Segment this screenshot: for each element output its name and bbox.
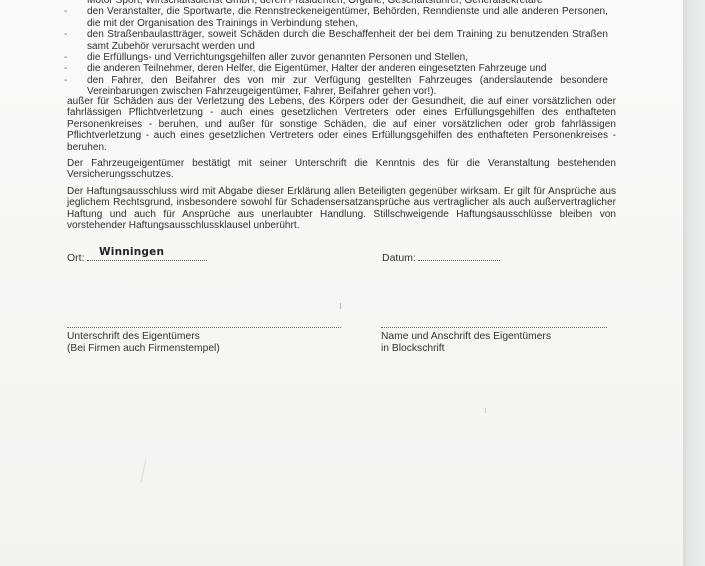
- bullet-text: die Erfüllungs- und Verrichtungsgehilfen…: [87, 52, 468, 63]
- bullet-dash: -: [64, 6, 67, 17]
- ort-value: Winningen: [99, 246, 164, 258]
- liability-bullet-list: Motor Sport, Wirtschaftsdienst GmbH, der…: [63, 0, 608, 98]
- bullet-text: den Veranstalter, die Sportwarte, die Re…: [87, 6, 608, 28]
- bullet-text: die anderen Teilnehmer, deren Helfer, di…: [87, 63, 547, 74]
- bullet-item: - den Veranstalter, die Sportwarte, die …: [63, 6, 608, 29]
- datum-dotted-line: [418, 252, 500, 261]
- name-address-subcaption: in Blockschrift: [381, 343, 551, 355]
- owner-name-address-label: Name und Anschrift des Eigentümers in Bl…: [381, 331, 551, 355]
- scan-mark: [485, 408, 486, 413]
- datum-label: Datum:: [382, 252, 416, 264]
- owner-signature-line[interactable]: [67, 327, 341, 328]
- bullet-item: - den Fahrer, den Beifahrer des von mir …: [63, 75, 608, 98]
- exception-paragraph: außer für Schäden aus der Verletzung des…: [67, 96, 616, 153]
- datum-field[interactable]: Datum:: [382, 252, 500, 264]
- bullet-text: Motor Sport, Wirtschaftsdienst GmbH, der…: [87, 0, 543, 6]
- scan-mark: [340, 303, 341, 309]
- owner-name-address-line[interactable]: [381, 327, 607, 328]
- bullet-text: den Straßenbaulastträger, soweit Schäden…: [87, 29, 608, 51]
- owner-signature-label: Unterschrift des Eigentümers (Bei Firmen…: [67, 331, 220, 355]
- name-address-caption: Name und Anschrift des Eigentümers: [381, 331, 551, 343]
- scanned-page: Motor Sport, Wirtschaftsdienst GmbH, der…: [0, 0, 683, 566]
- signature-caption: Unterschrift des Eigentümers: [67, 331, 220, 343]
- bullet-dash: -: [64, 29, 67, 40]
- bullet-dash: -: [64, 75, 67, 86]
- bullet-item: - die anderen Teilnehmer, deren Helfer, …: [63, 63, 608, 74]
- insurance-acknowledgement-paragraph: Der Fahrzeugeigentümer bestätigt mit sei…: [67, 158, 616, 181]
- bullet-item: - die Erfüllungs- und Verrichtungsgehilf…: [63, 52, 608, 63]
- ort-label: Ort:: [67, 252, 85, 264]
- liability-effect-paragraph: Der Haftungsausschluss wird mit Abgabe d…: [67, 186, 616, 232]
- scanner-edge: [683, 0, 705, 566]
- bullet-dash: -: [64, 52, 67, 63]
- bullet-item: - den Straßenbaulastträger, soweit Schäd…: [63, 29, 608, 52]
- bullet-text: den Fahrer, den Beifahrer des von mir zu…: [87, 75, 608, 97]
- signature-subcaption: (Bei Firmen auch Firmenstempel): [67, 343, 220, 355]
- bullet-dash: -: [64, 63, 67, 74]
- scan-mark: [141, 460, 147, 482]
